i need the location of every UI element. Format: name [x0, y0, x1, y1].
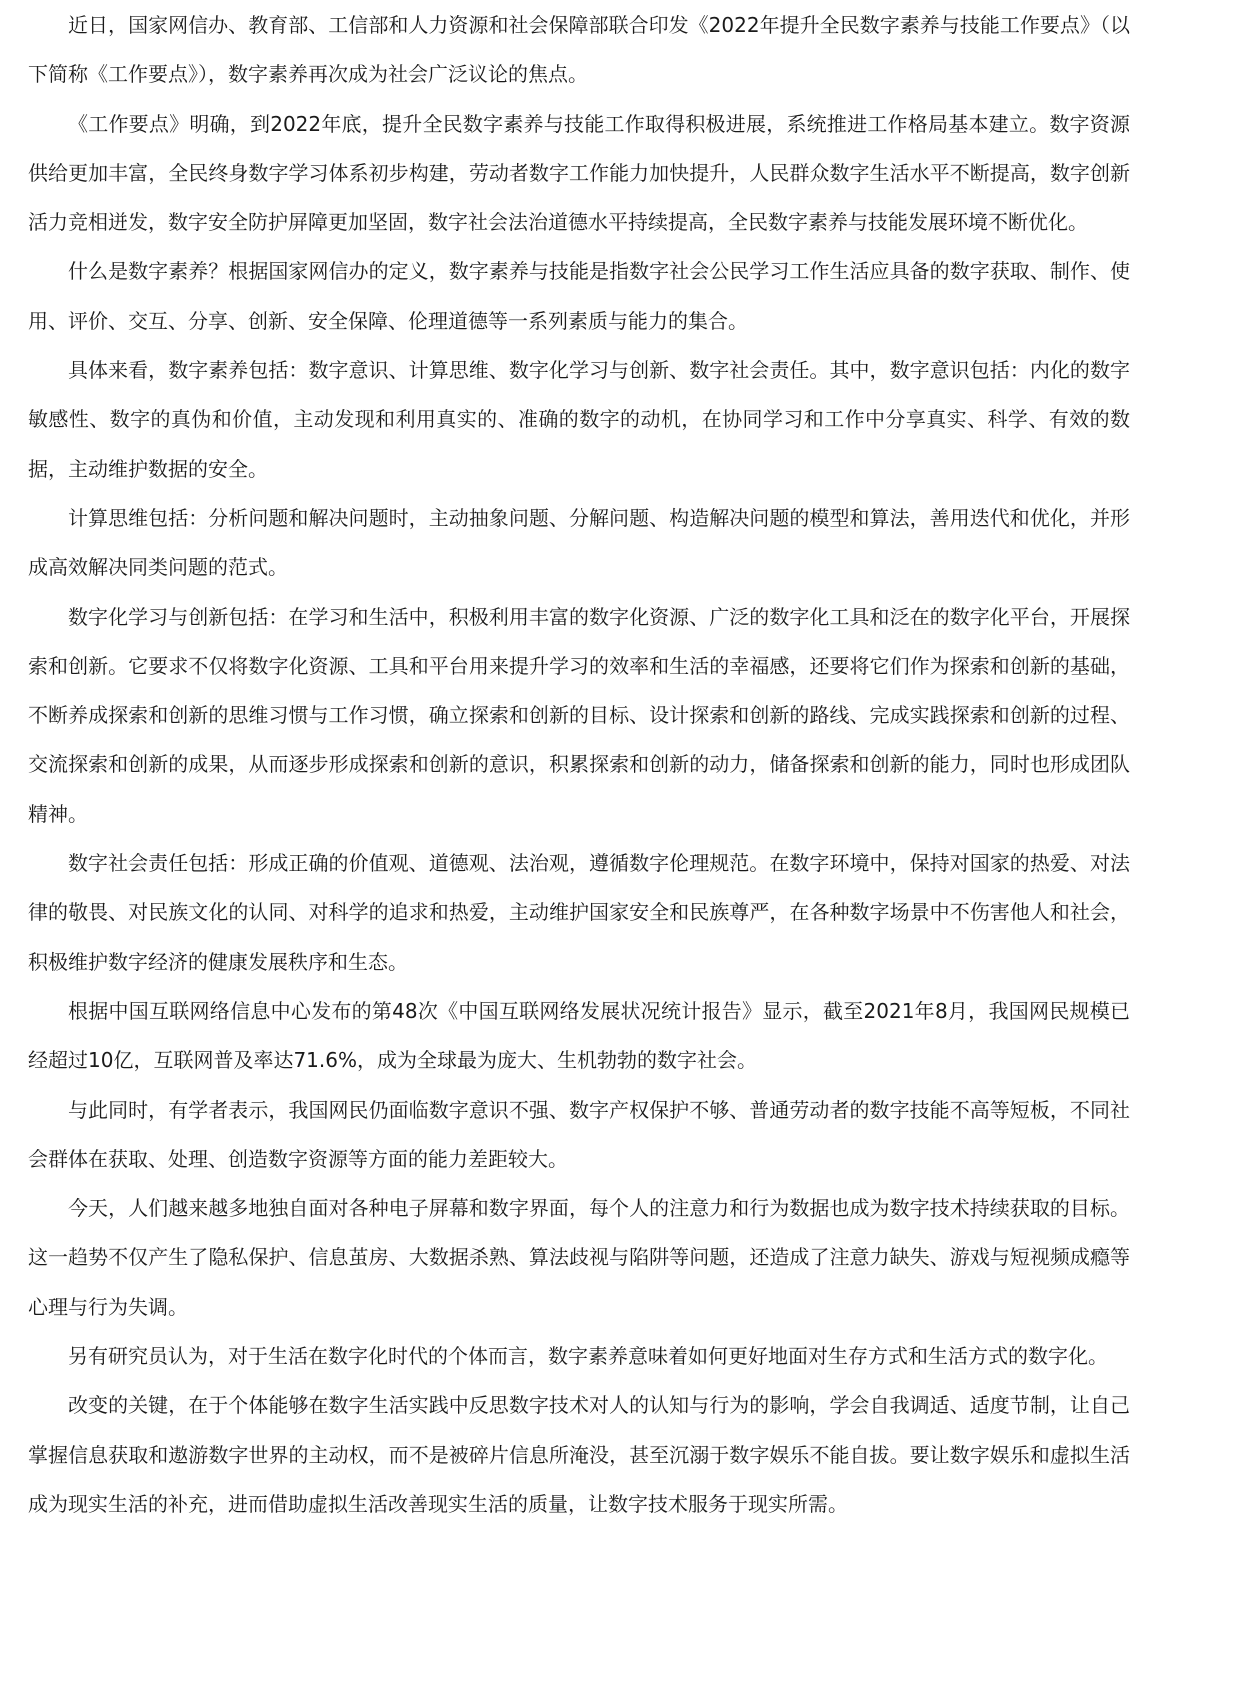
paragraph-digital-learning: 数字化学习与创新包括：在学习和生活中，积极利用丰富的数字化资源、广泛的数字化工具… [28, 593, 1130, 839]
paragraph-researcher-view: 另有研究员认为，对于生活在数字化时代的个体而言，数字素养意味着如何更好地面对生存… [28, 1332, 1130, 1381]
article-body: 近日，国家网信办、教育部、工信部和人力资源和社会保障部联合印发《2022年提升全… [28, 0, 1130, 1529]
paragraph-statistics: 根据中国互联网络信息中心发布的第48次《中国互联网络发展状况统计报告》显示，截至… [28, 987, 1130, 1086]
paragraph-shortcomings: 与此同时，有学者表示，我国网民仍面临数字意识不强、数字产权保护不够、普通劳动者的… [28, 1086, 1130, 1185]
paragraph-social-responsibility: 数字社会责任包括：形成正确的价值观、道德观、法治观，遵循数字伦理规范。在数字环境… [28, 839, 1130, 987]
paragraph-conclusion: 改变的关键，在于个体能够在数字生活实践中反思数字技术对人的认知与行为的影响，学会… [28, 1381, 1130, 1529]
paragraph-trends: 今天，人们越来越多地独自面对各种电子屏幕和数字界面，每个人的注意力和行为数据也成… [28, 1184, 1130, 1332]
paragraph-work-points: 《工作要点》明确，到2022年底，提升全民数字素养与技能工作取得积极进展，系统推… [28, 100, 1130, 248]
paragraph-definition: 什么是数字素养？根据国家网信办的定义，数字素养与技能是指数字社会公民学习工作生活… [28, 247, 1130, 346]
paragraph-intro: 近日，国家网信办、教育部、工信部和人力资源和社会保障部联合印发《2022年提升全… [28, 1, 1130, 100]
paragraph-computational-thinking: 计算思维包括：分析问题和解决问题时，主动抽象问题、分解问题、构造解决问题的模型和… [28, 494, 1130, 593]
paragraph-components: 具体来看，数字素养包括：数字意识、计算思维、数字化学习与创新、数字社会责任。其中… [28, 346, 1130, 494]
